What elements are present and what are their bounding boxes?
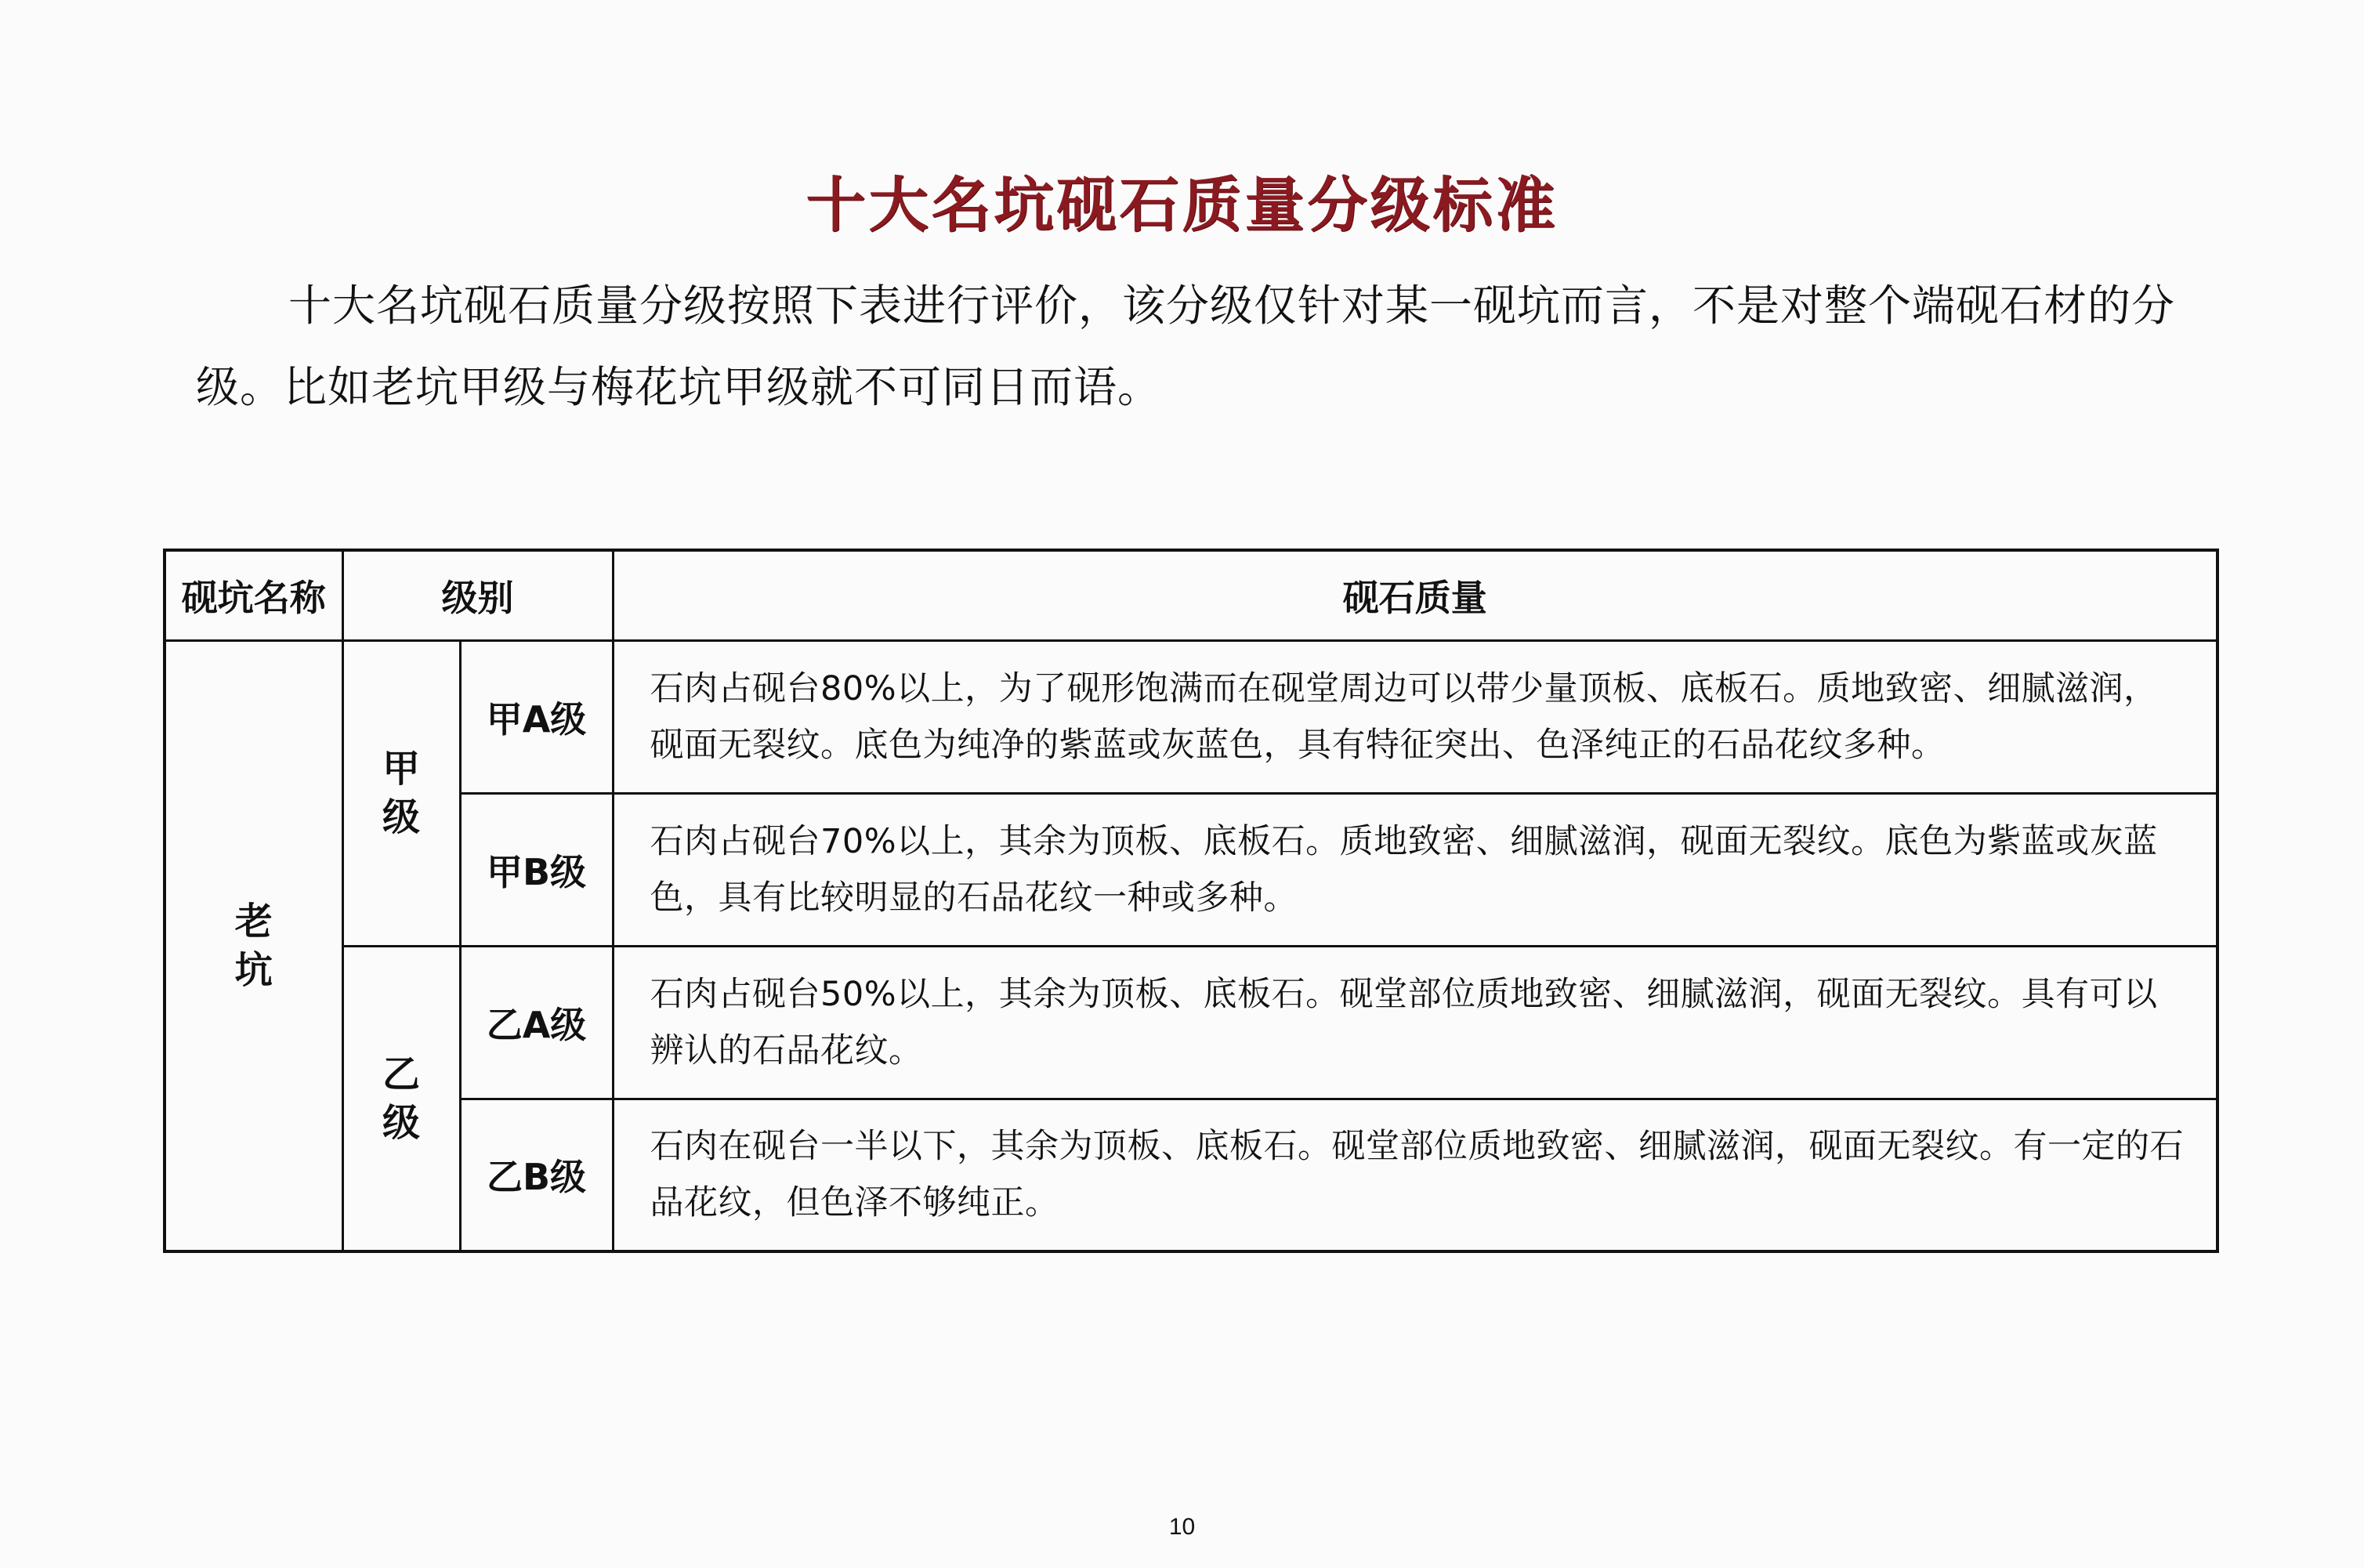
grade-char: 甲 bbox=[344, 744, 459, 793]
header-pit-name: 砚坑名称 bbox=[165, 550, 342, 640]
table-row: 老 坑 甲 级 甲A级 石肉占砚台80%以上，为了砚形饱满而在砚堂周边可以带少量… bbox=[165, 640, 2217, 793]
intro-text: 十大名坑砚石质量分级按照下表进行评价，该分级仅针对某一砚坑而言，不是对整个端砚石… bbox=[196, 265, 2210, 428]
grade-char: 级 bbox=[344, 793, 459, 842]
quality-grade-table: 砚坑名称 级别 砚石质量 老 坑 甲 级 甲A级 石肉占砚台80%以上，为了砚形… bbox=[163, 549, 2219, 1253]
table-row: 乙 级 乙A级 石肉占砚台50%以上，其余为顶板、底板石。砚堂部位质地致密、细腻… bbox=[165, 946, 2217, 1099]
intro-paragraph: 十大名坑砚石质量分级按照下表进行评价，该分级仅针对某一砚坑而言，不是对整个端砚石… bbox=[196, 265, 2210, 428]
table-row: 甲B级 石肉占砚台70%以上，其余为顶板、底板石。质地致密、细腻滋润，砚面无裂纹… bbox=[165, 793, 2217, 946]
quality-description: 石肉占砚台80%以上，为了砚形饱满而在砚堂周边可以带少量顶板、底板石。质地致密、… bbox=[613, 640, 2217, 793]
grade-cell-jia: 甲 级 bbox=[342, 640, 460, 946]
quality-description: 石肉占砚台70%以上，其余为顶板、底板石。质地致密、细腻滋润，砚面无裂纹。底色为… bbox=[613, 793, 2217, 946]
quality-description: 石肉在砚台一半以下，其余为顶板、底板石。砚堂部位质地致密、细腻滋润，砚面无裂纹。… bbox=[613, 1099, 2217, 1251]
sub-grade-label: 甲B级 bbox=[460, 793, 613, 946]
page-title: 十大名坑砚石质量分级标准 bbox=[0, 158, 2364, 243]
table-row: 乙B级 石肉在砚台一半以下，其余为顶板、底板石。砚堂部位质地致密、细腻滋润，砚面… bbox=[165, 1099, 2217, 1251]
grade-char: 级 bbox=[344, 1099, 459, 1147]
sub-grade-label: 乙B级 bbox=[460, 1099, 613, 1251]
pit-name-cell: 老 坑 bbox=[165, 640, 342, 1251]
header-quality: 砚石质量 bbox=[613, 550, 2217, 640]
page-number: 10 bbox=[0, 1514, 2364, 1541]
sub-grade-label: 乙A级 bbox=[460, 946, 613, 1099]
table-header-row: 砚坑名称 级别 砚石质量 bbox=[165, 550, 2217, 640]
header-grade: 级别 bbox=[342, 550, 613, 640]
grade-char: 乙 bbox=[344, 1050, 459, 1099]
pit-name-char: 坑 bbox=[166, 946, 342, 994]
grade-cell-yi: 乙 级 bbox=[342, 946, 460, 1251]
quality-description: 石肉占砚台50%以上，其余为顶板、底板石。砚堂部位质地致密、细腻滋润，砚面无裂纹… bbox=[613, 946, 2217, 1099]
sub-grade-label: 甲A级 bbox=[460, 640, 613, 793]
pit-name-char: 老 bbox=[166, 897, 342, 946]
